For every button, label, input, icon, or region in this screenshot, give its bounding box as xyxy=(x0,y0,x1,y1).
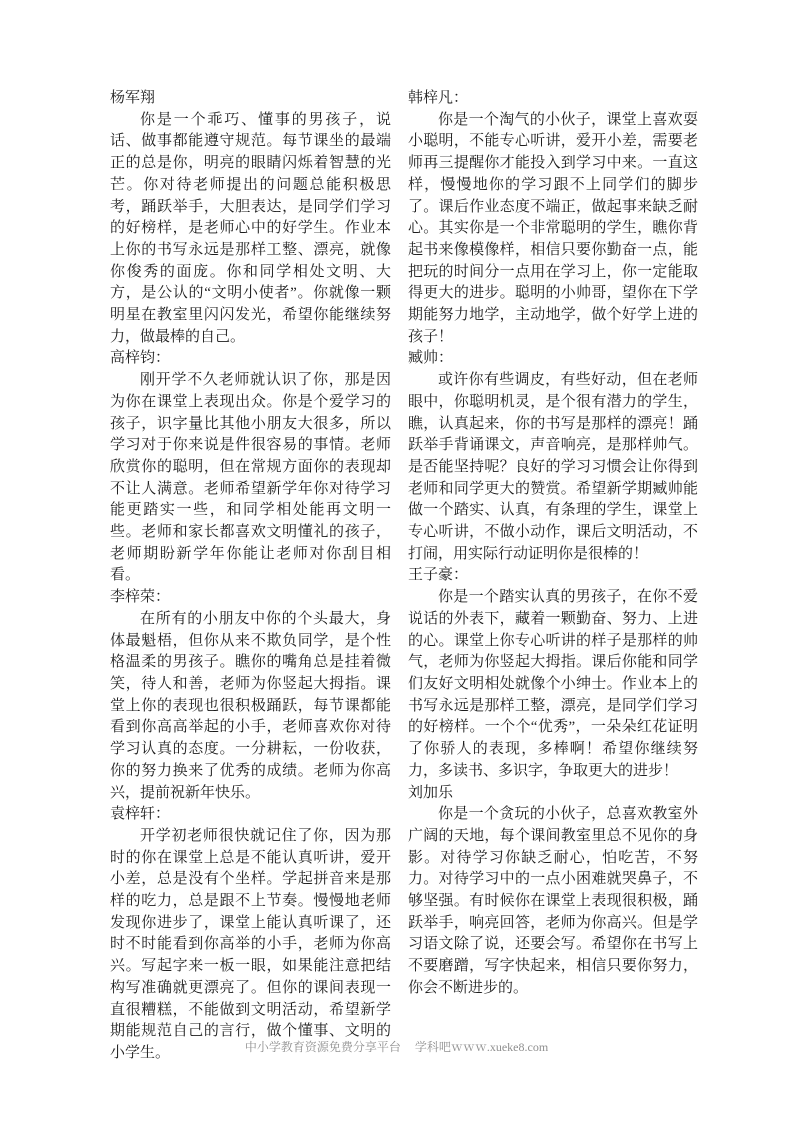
comment-paragraph: 或许你有些调皮，有些好动，但在老师眼中，你聪明机灵，是个很有潜力的学生，瞧，认真… xyxy=(408,370,698,565)
left-column: 杨军翔 你是一个乖巧、懂事的男孩子，说话、做事都能遵守规范。每节课坐的最端正的总… xyxy=(110,88,391,1065)
student-name: 王子豪： xyxy=(408,565,698,587)
comment-paragraph: 刚开学不久老师就认识了你，那是因为你在课堂上表现出众。你是个爱学习的孩子，识字量… xyxy=(110,370,391,587)
student-comment-section: 王子豪： 你是一个踏实认真的男孩子，在你不爱说话的外表下，藏着一颗勤奋、努力、上… xyxy=(408,565,698,782)
comment-paragraph: 你是一个踏实认真的男孩子，在你不爱说话的外表下，藏着一颗勤奋、努力、上进的心。课… xyxy=(408,587,698,782)
student-name: 袁梓轩： xyxy=(110,804,391,826)
student-comment-section: 臧帅： 或许你有些调皮，有些好动，但在老师眼中，你聪明机灵，是个很有潜力的学生，… xyxy=(408,348,698,565)
footer-site-link: 学科吧ｗｗｗ.xueke8.com xyxy=(415,1040,548,1054)
footer-platform-label: 中小学教育资源免费分享平台 xyxy=(245,1040,401,1054)
comment-paragraph: 开学初老师很快就记住了你，因为那时的你在课堂上总是不能认真听讲，爱开小差，总是没… xyxy=(110,826,391,1065)
student-name: 臧帅： xyxy=(408,348,698,370)
comment-paragraph: 你是一个淘气的小伙子，课堂上喜欢耍小聪明，不能专心听讲，爱开小差，需要老师再三提… xyxy=(408,110,698,349)
document-page: 杨军翔 你是一个乖巧、懂事的男孩子，说话、做事都能遵守规范。每节课坐的最端正的总… xyxy=(0,0,793,1122)
student-comment-section: 李梓荣： 在所有的小朋友中你的个头最大，身体最魁梧，但你从来不欺负同学，是个性格… xyxy=(110,587,391,804)
student-comment-section: 高梓钧： 刚开学不久老师就认识了你，那是因为你在课堂上表现出众。你是个爱学习的孩… xyxy=(110,348,391,587)
right-column: 韩梓凡： 你是一个淘气的小伙子，课堂上喜欢耍小聪明，不能专心听讲，爱开小差，需要… xyxy=(408,88,698,1065)
student-comment-section: 韩梓凡： 你是一个淘气的小伙子，课堂上喜欢耍小聪明，不能专心听讲，爱开小差，需要… xyxy=(408,88,698,348)
comment-paragraph: 在所有的小朋友中你的个头最大，身体最魁梧，但你从来不欺负同学，是个性格温柔的男孩… xyxy=(110,609,391,804)
student-name: 杨军翔 xyxy=(110,88,391,110)
comment-paragraph: 你是一个乖巧、懂事的男孩子，说话、做事都能遵守规范。每节课坐的最端正的总是你，明… xyxy=(110,110,391,349)
student-name: 李梓荣： xyxy=(110,587,391,609)
page-footer: 中小学教育资源免费分享平台学科吧ｗｗｗ.xueke8.com xyxy=(0,1040,793,1054)
student-comment-section: 袁梓轩： 开学初老师很快就记住了你，因为那时的你在课堂上总是不能认真听讲，爱开小… xyxy=(110,804,391,1064)
student-comment-section: 刘加乐 你是一个贪玩的小伙子，总喜欢教室外广阔的天地，每个课间教室里总不见你的身… xyxy=(408,783,698,1000)
student-comment-section: 杨军翔 你是一个乖巧、懂事的男孩子，说话、做事都能遵守规范。每节课坐的最端正的总… xyxy=(110,88,391,348)
student-name: 高梓钧： xyxy=(110,348,391,370)
student-name: 韩梓凡： xyxy=(408,88,698,110)
student-name: 刘加乐 xyxy=(408,783,698,805)
comment-paragraph: 你是一个贪玩的小伙子，总喜欢教室外广阔的天地，每个课间教室里总不见你的身影。对待… xyxy=(408,804,698,999)
document-body: 杨军翔 你是一个乖巧、懂事的男孩子，说话、做事都能遵守规范。每节课坐的最端正的总… xyxy=(110,88,698,1065)
